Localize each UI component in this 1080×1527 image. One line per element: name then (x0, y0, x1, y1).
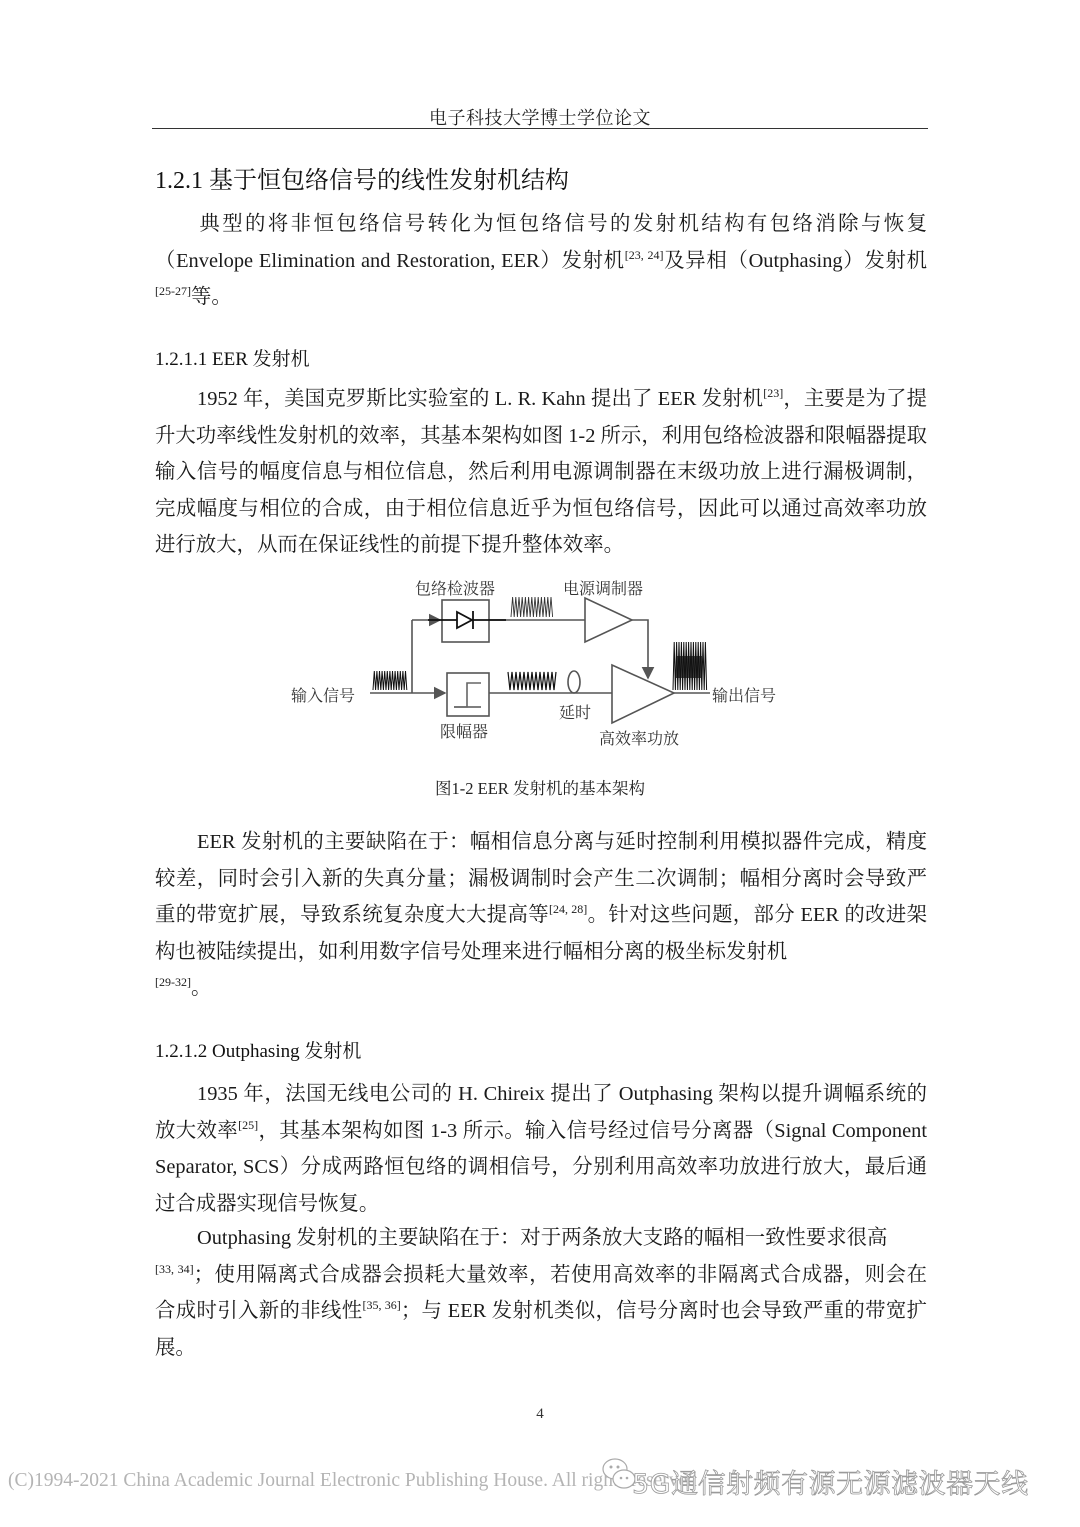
copyright-notice: (C)1994-2021 China Academic Journal Elec… (8, 1470, 702, 1492)
label-input-signal: 输入信号 (291, 683, 355, 706)
citation: [23, 24] (625, 248, 664, 262)
outphasing-paragraph-1: 1935 年，法国无线电公司的 H. Chireix 提出了 Outphasin… (155, 1076, 927, 1222)
citation: [25] (238, 1118, 258, 1132)
intro-text-c: 等。 (191, 286, 232, 308)
subsection-title-eer: 1.2.1.1 EER 发射机 (155, 344, 310, 371)
label-power-modulator: 电源调制器 (563, 576, 643, 599)
section-title: 1.2.1 基于恒包络信号的线性发射机结构 (155, 160, 569, 195)
envelope-waveform (511, 597, 553, 617)
label-high-efficiency-pa: 高效率功放 (599, 726, 679, 749)
eer-p1-text-b: ，主要是为了提升大功率线性发射机的效率，其基本架构如图 1-2 所示，利用包络检… (155, 388, 927, 556)
outphasing-paragraph-2: Outphasing 发射机的主要缺陷在于：对于两条放大支路的幅相一致性要求很高… (155, 1220, 927, 1366)
citation: [23] (763, 386, 783, 400)
intro-paragraph: 典型的将非恒包络信号转化为恒包络信号的发射机结构有包络消除与恢复（Envelop… (155, 206, 927, 316)
eer-paragraph-2: EER 发射机的主要缺陷在于：幅相信息分离与延时控制利用模拟器件完成，精度较差，… (155, 824, 927, 1007)
out-p2-text-a: Outphasing 发射机的主要缺陷在于：对于两条放大支路的幅相一致性要求很高 (197, 1227, 887, 1249)
watermark-text: 5G通信射频有源无源滤波器天线 (632, 1462, 1029, 1501)
input-waveform (373, 671, 407, 690)
out-p1-text-b: ，其基本架构如图 1-3 所示。输入信号经过信号分离器（Signal Compo… (155, 1120, 927, 1215)
figure-caption: 图1-2 EER 发射机的基本架构 (0, 775, 1080, 799)
citation: [29-32] (155, 975, 191, 989)
citation: [24, 28] (549, 902, 587, 916)
label-output-signal: 输出信号 (712, 683, 776, 706)
eer-p1-text-a: 1952 年，美国克罗斯比实验室的 L. R. Kahn 提出了 EER 发射机 (197, 388, 763, 410)
label-limiter: 限幅器 (440, 719, 488, 742)
label-envelope-detector: 包络检波器 (415, 576, 495, 599)
label-delay: 延时 (559, 700, 591, 723)
running-header: 电子科技大学博士学位论文 (0, 104, 1080, 130)
citation: [35, 36] (362, 1298, 400, 1312)
citation: [33, 34] (155, 1262, 194, 1276)
page-number: 4 (0, 1406, 1080, 1423)
eer-paragraph-1: 1952 年，美国克罗斯比实验室的 L. R. Kahn 提出了 EER 发射机… (155, 381, 927, 564)
subsection-title-outphasing: 1.2.1.2 Outphasing 发射机 (155, 1036, 361, 1063)
header-divider (152, 128, 928, 129)
citation: [25-27] (155, 284, 191, 298)
eer-block-diagram: 包络检波器 电源调制器 输入信号 输出信号 限幅器 延时 高效率功放 (280, 570, 800, 770)
diagram-graphics (280, 570, 800, 770)
eer-p2-text-c: 。 (191, 977, 211, 999)
intro-text-b: 及异相（Outphasing）发射机 (663, 250, 927, 272)
diode-icon (428, 611, 506, 629)
phase-waveform (508, 672, 556, 690)
output-waveform (673, 642, 707, 690)
